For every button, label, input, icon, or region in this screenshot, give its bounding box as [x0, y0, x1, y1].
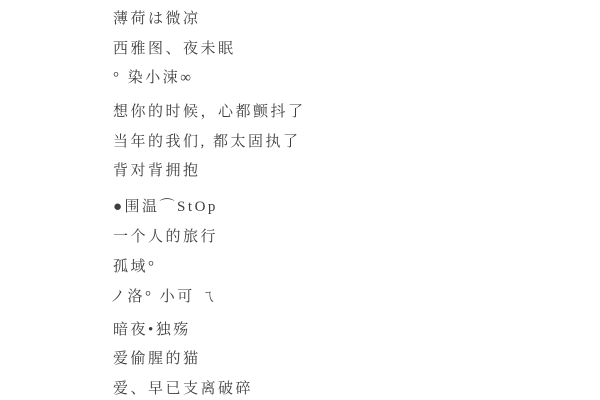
- list-item: 暗夜•独殇: [113, 322, 191, 338]
- nickname-list-page: 薄荷は微凉 西雅图、夜未眠 ° 染小涑∞ 想你的时候，心都颤抖了 当年的我们, …: [0, 0, 600, 400]
- list-item: 一个人的旅行: [113, 229, 218, 245]
- list-item: 爱偷腥的猫: [113, 351, 201, 367]
- list-item: 背对背拥抱: [113, 163, 201, 179]
- list-item: 孤域°: [113, 259, 157, 275]
- list-item: ° 染小涑∞: [113, 70, 193, 86]
- list-item: 薄荷は微凉: [113, 11, 201, 27]
- list-item: ●围温⌒StOp: [113, 199, 218, 215]
- list-item: ノ洛° 小可 ㄟ: [110, 289, 219, 305]
- list-item: 西雅图、夜未眠: [113, 41, 236, 57]
- list-item: 爱、早已支离破碎: [113, 381, 253, 397]
- list-item: 当年的我们, 都太固执了: [113, 134, 301, 150]
- list-item: 想你的时候，心都颤抖了: [113, 104, 306, 120]
